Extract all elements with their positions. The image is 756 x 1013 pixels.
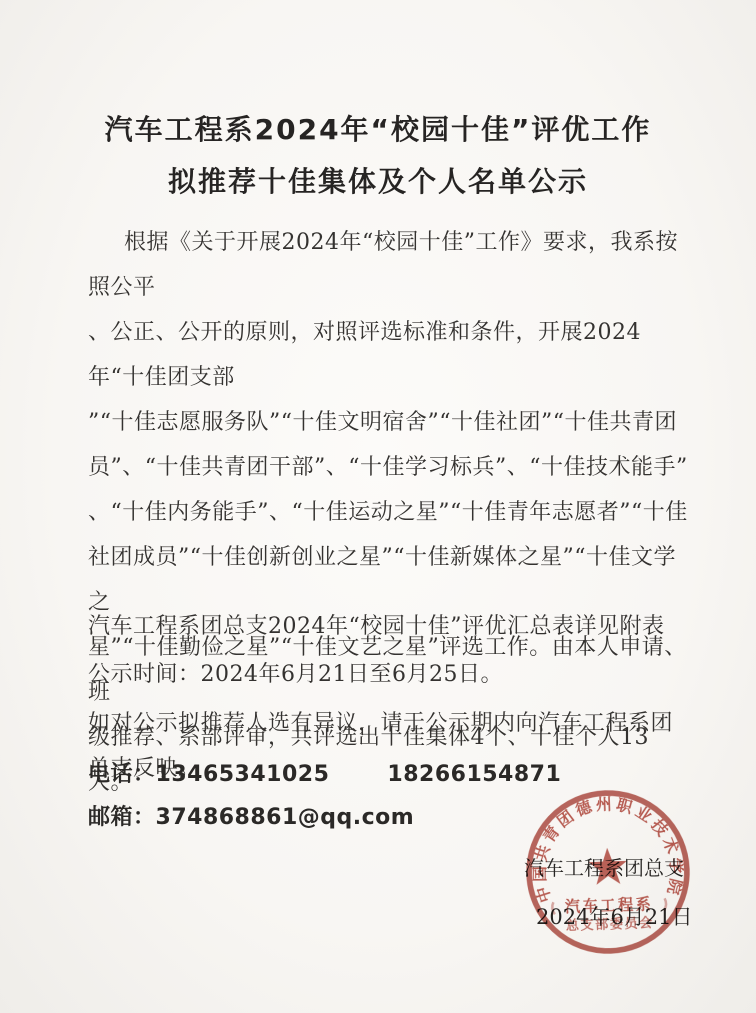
email-label: 邮箱： [88,805,156,830]
seal-star-icon [588,847,628,885]
seal-org-line2: 总支部委员会 [566,914,654,934]
email-line: 邮箱：374868861@qq.com [88,800,414,831]
seal-org-line1: 汽车工程系 [565,895,654,916]
title-line-2: 拟推荐十佳集体及个人名单公示 [0,156,756,208]
document-title: 汽车工程系2024年“校园十佳”评优工作 拟推荐十佳集体及个人名单公示 [0,104,756,208]
body-line: 、“十佳内务能手”、“十佳运动之星”“十佳青年志愿者”“十佳 [88,490,692,535]
title-line-1: 汽车工程系2024年“校园十佳”评优工作 [0,104,756,156]
phone-number-1: 13465341025 [156,762,330,787]
seal-smudge-left [552,902,555,914]
summary-table-note: 汽车工程系团总支2024年“校园十佳”评优汇总表详见附表 [88,603,692,651]
body-line: 员”、“十佳共青团干部”、“十佳学习标兵”、“十佳技术能手” [88,445,692,490]
official-seal: 中国共青团德州职业技术学院 汽车工程系 总支部委员会 [519,783,697,961]
email-address: 374868861@qq.com [156,805,415,830]
phone-line: 电话：1346534102518266154871 [88,757,561,788]
body-line: 、公正、公开的原则，对照评选标准和条件，开展2024年“十佳团支部 [88,310,692,400]
paragraph-summary: 汽车工程系团总支2024年“校园十佳”评优汇总表详见附表 公示时间：2024年6… [88,603,692,699]
document-page: 汽车工程系2024年“校园十佳”评优工作 拟推荐十佳集体及个人名单公示 根据《关… [0,0,756,1013]
phone-label: 电话： [88,762,156,787]
body-line: 根据《关于开展2024年“校园十佳”工作》要求，我系按照公平 [88,220,692,310]
body-line: ”“十佳志愿服务队”“十佳文明宿舍”“十佳社团”“十佳共青团 [88,400,692,445]
seal-smudge-right [664,898,667,910]
phone-number-2: 18266154871 [387,762,561,787]
publicity-period: 公示时间：2024年6月21日至6月25日。 [88,651,692,699]
